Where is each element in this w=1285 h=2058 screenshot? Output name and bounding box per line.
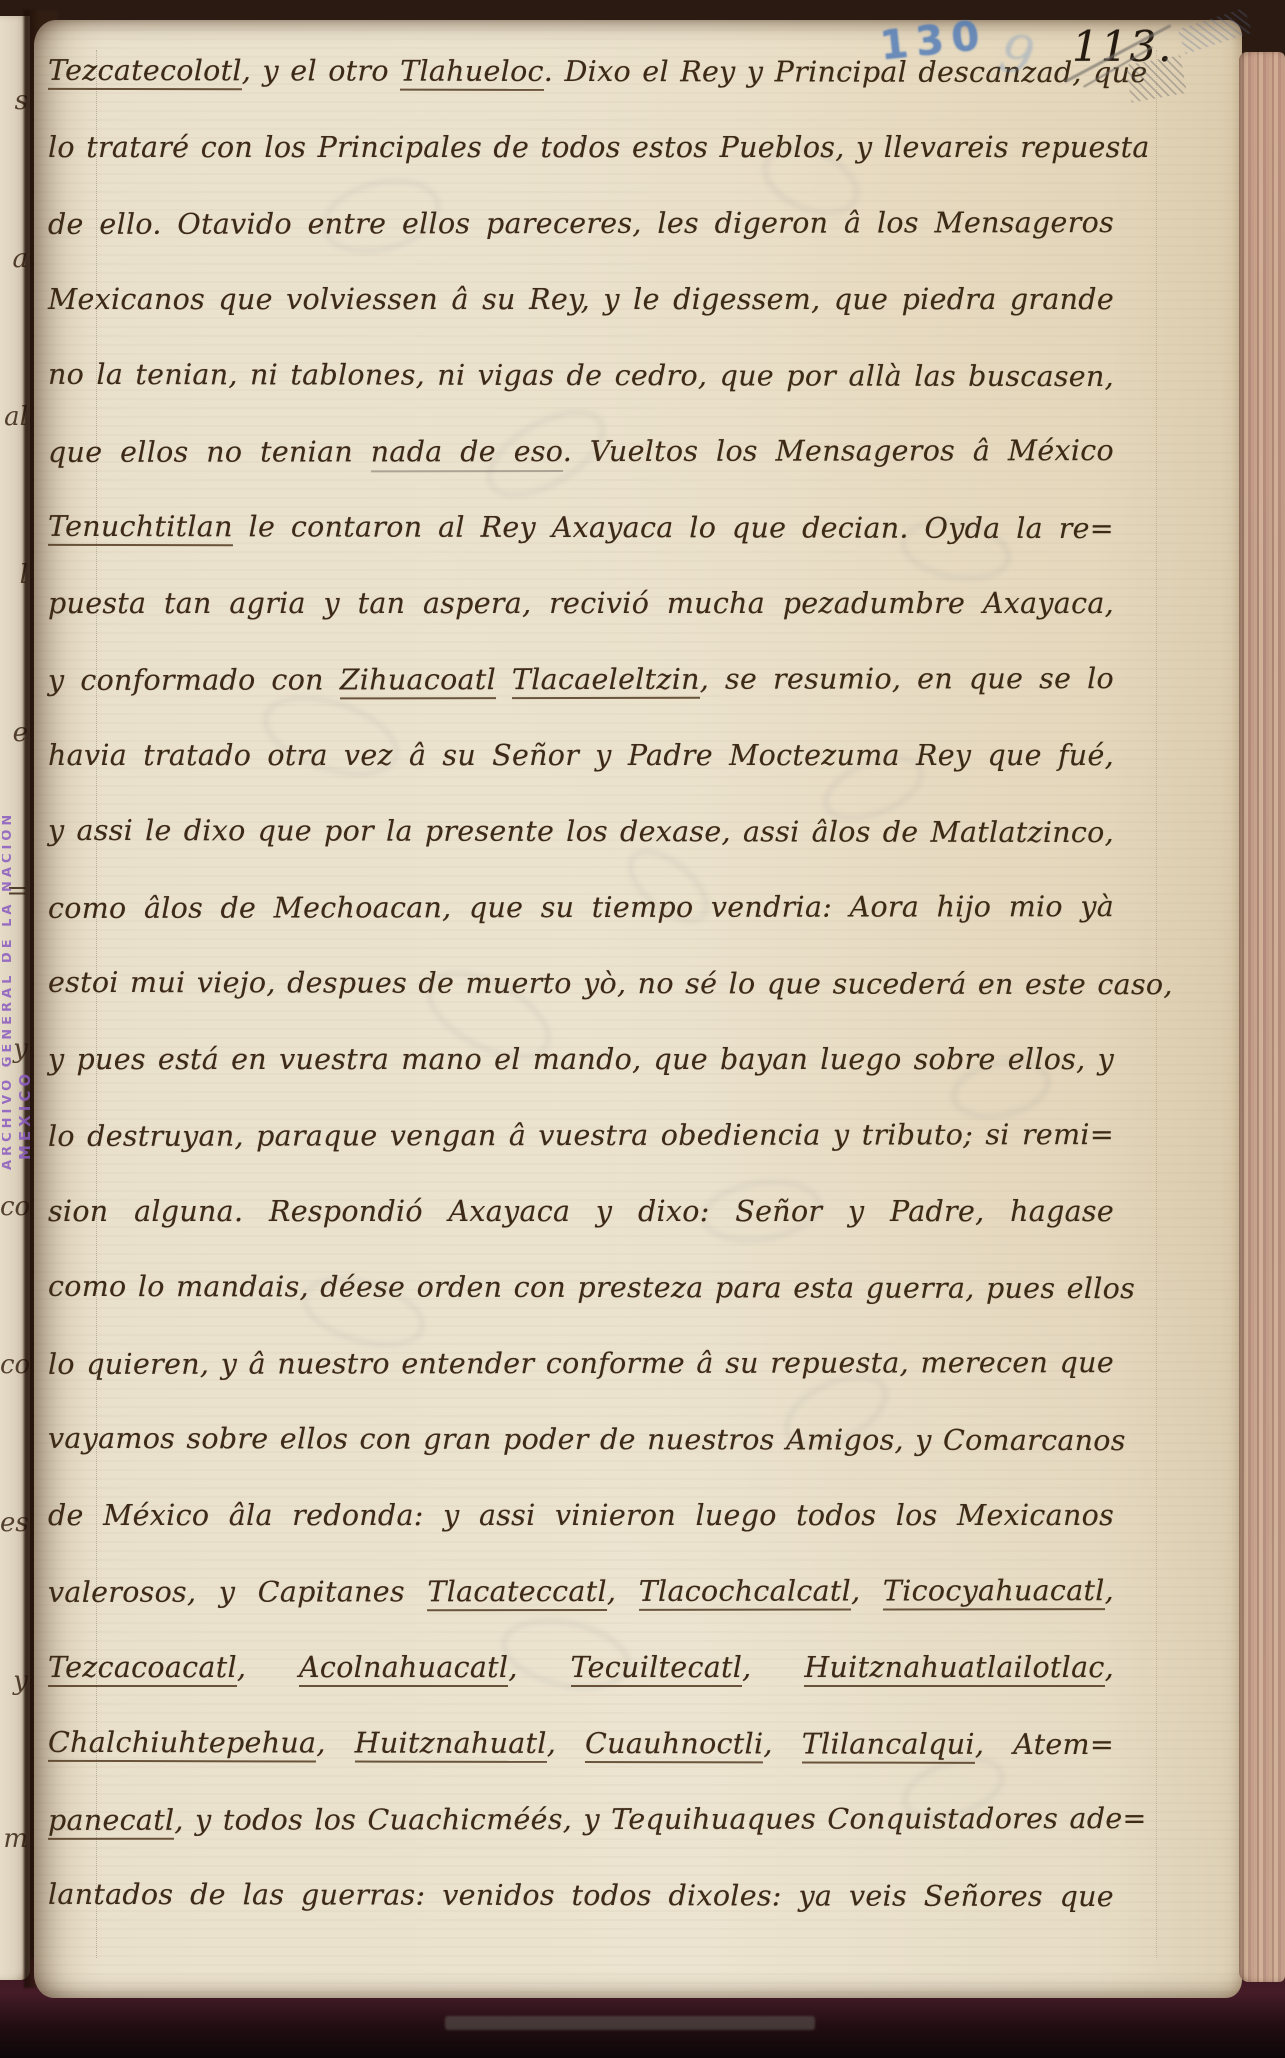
text-segment: , — [742, 1651, 804, 1684]
underlined-name: Ticocyahuacatl — [883, 1574, 1105, 1610]
text-segment: lo trataré con los Principales de todos … — [48, 131, 1150, 164]
manuscript-line: y pues está en vuestra mano el mando, qu… — [48, 1022, 1114, 1098]
underlined-name: Acolnahuacatl — [299, 1651, 508, 1687]
text-segment: puesta tan agria y tan aspera, recivió m… — [48, 587, 1114, 620]
text-segment: , y todos los Cuachicméés, y Tequihuaque… — [174, 1802, 1146, 1837]
right-margin-line — [1156, 50, 1157, 1958]
manuscript-line: vayamos sobre ellos con gran poder de nu… — [48, 1401, 1114, 1479]
text-segment: no la tenian, ni tablones, ni vigas de c… — [48, 358, 1114, 393]
text-segment: de México âla redonda: y assi vinieron l… — [48, 1499, 1114, 1532]
text-segment: , se resumio, en que se lo — [700, 662, 1114, 696]
manuscript-line: como âlos de Mechoacan, que su tiempo ve… — [48, 869, 1114, 947]
book-cover-strip — [445, 2016, 815, 2030]
manuscript-line: Chalchiuhtepehua, Huitznahuatl, Cuauhnoc… — [48, 1705, 1114, 1783]
manuscript-text: Tezcatecolotl, y el otro Tlahueloc. Dixo… — [48, 34, 1114, 1934]
manuscript-line: sion alguna. Respondió Axayaca y dixo: S… — [48, 1174, 1114, 1250]
archive-stamp: ARCHIVO GENERAL DE LA NACION MEXICO — [2, 740, 36, 1170]
underlined-name: Tezcatecolotl — [48, 54, 242, 90]
text-segment: lo quieren, y â nuestro entender conform… — [48, 1346, 1114, 1381]
page-edge-stack — [1239, 52, 1285, 1982]
manuscript-book-scan: saalle=ycoco,esym Tezcatecolotl, y el ot… — [0, 0, 1285, 2058]
manuscript-line: lo quieren, y â nuestro entender conform… — [48, 1325, 1114, 1403]
text-segment: , — [547, 1727, 585, 1760]
text-segment: , — [763, 1727, 801, 1760]
text-segment: , — [508, 1651, 570, 1684]
manuscript-line: estoi mui viejo, despues de muerto yò, n… — [48, 945, 1114, 1023]
text-segment: Mexicanos que volviessen â su Rey, y le … — [48, 283, 1114, 316]
archive-stamp-text: ARCHIVO GENERAL DE LA NACION — [2, 740, 15, 1170]
text-segment: lantados de las guerras: venidos todos d… — [48, 1878, 1114, 1913]
manuscript-line: panecatl, y todos los Cuachicméés, y Teq… — [48, 1781, 1114, 1859]
manuscript-line: de ello. Otavido entre ellos pareceres, … — [48, 185, 1114, 263]
underlined-name: Cuauhnoctli — [585, 1727, 763, 1763]
text-segment: , — [237, 1651, 299, 1684]
text-segment: valerosos, y Capitanes — [48, 1575, 427, 1609]
manuscript-line: que ellos no tenian nada de eso. Vueltos… — [48, 413, 1114, 491]
text-segment: havia tratado otra vez â su Señor y Padr… — [48, 739, 1114, 772]
underlined-name: Tezcacoacatl — [48, 1651, 237, 1687]
text-segment: , — [607, 1575, 639, 1608]
text-segment: , y el otro — [242, 54, 400, 87]
underlined-name: Tlacaeleltzin — [512, 663, 700, 699]
underlined-name: Tlilancalqui — [802, 1727, 975, 1763]
manuscript-line: lo destruyan, paraque vengan â vuestra o… — [48, 1097, 1114, 1175]
text-segment: y conformado con — [48, 663, 340, 697]
text-segment: de ello. Otavido entre ellos pareceres, … — [48, 206, 1114, 241]
manuscript-line: havia tratado otra vez â su Señor y Padr… — [48, 718, 1114, 794]
manuscript-line: y assi le dixo que por la presente los d… — [48, 793, 1114, 871]
text-segment: , — [1105, 1651, 1114, 1684]
manuscript-line: como lo mandais, déese orden con prestez… — [48, 1249, 1114, 1327]
text-segment: estoi mui viejo, despues de muerto yò, n… — [48, 966, 1173, 1001]
text-segment: lo destruyan, paraque vengan â vuestra o… — [48, 1118, 1114, 1153]
underlined-name: Tlacateccatl — [427, 1575, 607, 1611]
text-segment: . Vueltos los Mensageros â México — [563, 434, 1114, 468]
underlined-name: Tlacochcalcatl — [639, 1575, 851, 1611]
text-segment: y assi le dixo que por la presente los d… — [48, 814, 1114, 849]
text-segment: le contaron al Rey Axayaca lo que decian… — [233, 510, 1114, 545]
text-segment: vayamos sobre ellos con gran poder de nu… — [48, 1422, 1126, 1457]
text-segment: . Dixo el Rey y Principal descanzad, que — [544, 55, 1148, 89]
manuscript-line: lo trataré con los Principales de todos … — [48, 110, 1114, 186]
underlined-name: Chalchiuhtepehua — [48, 1726, 316, 1763]
manuscript-line: y conformado con Zihuacoatl Tlacaeleltzi… — [48, 641, 1114, 719]
text-segment: como lo mandais, déese orden con prestez… — [48, 1270, 1135, 1305]
manuscript-line: puesta tan agria y tan aspera, recivió m… — [48, 566, 1114, 642]
text-segment: como âlos de Mechoacan, que su tiempo ve… — [48, 890, 1114, 925]
text-segment — [496, 663, 512, 696]
underlined-name: Huitznahuatl — [355, 1727, 547, 1763]
text-segment: , Atem= — [975, 1728, 1114, 1761]
underlined-name: Tlahueloc — [400, 55, 544, 91]
text-segment: y pues está en vuestra mano el mando, qu… — [48, 1043, 1114, 1076]
text-segment: sion alguna. Respondió Axayaca y dixo: S… — [48, 1195, 1114, 1228]
text-segment: nada de eso — [371, 435, 563, 472]
text-segment: que ellos no tenian — [48, 435, 371, 469]
text-segment: , — [316, 1726, 354, 1759]
underlined-name: Huitznahuatlailotlac — [804, 1651, 1104, 1687]
text-segment: , — [1105, 1574, 1114, 1607]
underlined-name: Tecuiltecatl — [571, 1651, 743, 1687]
underlined-name: Tenuchtitlan — [48, 510, 233, 546]
manuscript-line: Tenuchtitlan le contaron al Rey Axayaca … — [48, 489, 1114, 567]
manuscript-line: valerosos, y Capitanes Tlacateccatl, Tla… — [48, 1553, 1114, 1631]
text-segment: , — [851, 1574, 883, 1607]
manuscript-line: no la tenian, ni tablones, ni vigas de c… — [48, 337, 1114, 415]
underlined-name: panecatl — [48, 1804, 174, 1840]
manuscript-line: de México âla redonda: y assi vinieron l… — [48, 1478, 1114, 1554]
archive-stamp-text: MEXICO — [16, 860, 34, 1160]
underlined-name: Zihuacoatl — [340, 663, 496, 699]
manuscript-line: Mexicanos que volviessen â su Rey, y le … — [48, 262, 1114, 338]
manuscript-line: lantados de las guerras: venidos todos d… — [48, 1857, 1114, 1935]
manuscript-line: Tezcacoacatl, Acolnahuacatl, Tecuiltecat… — [48, 1630, 1114, 1706]
